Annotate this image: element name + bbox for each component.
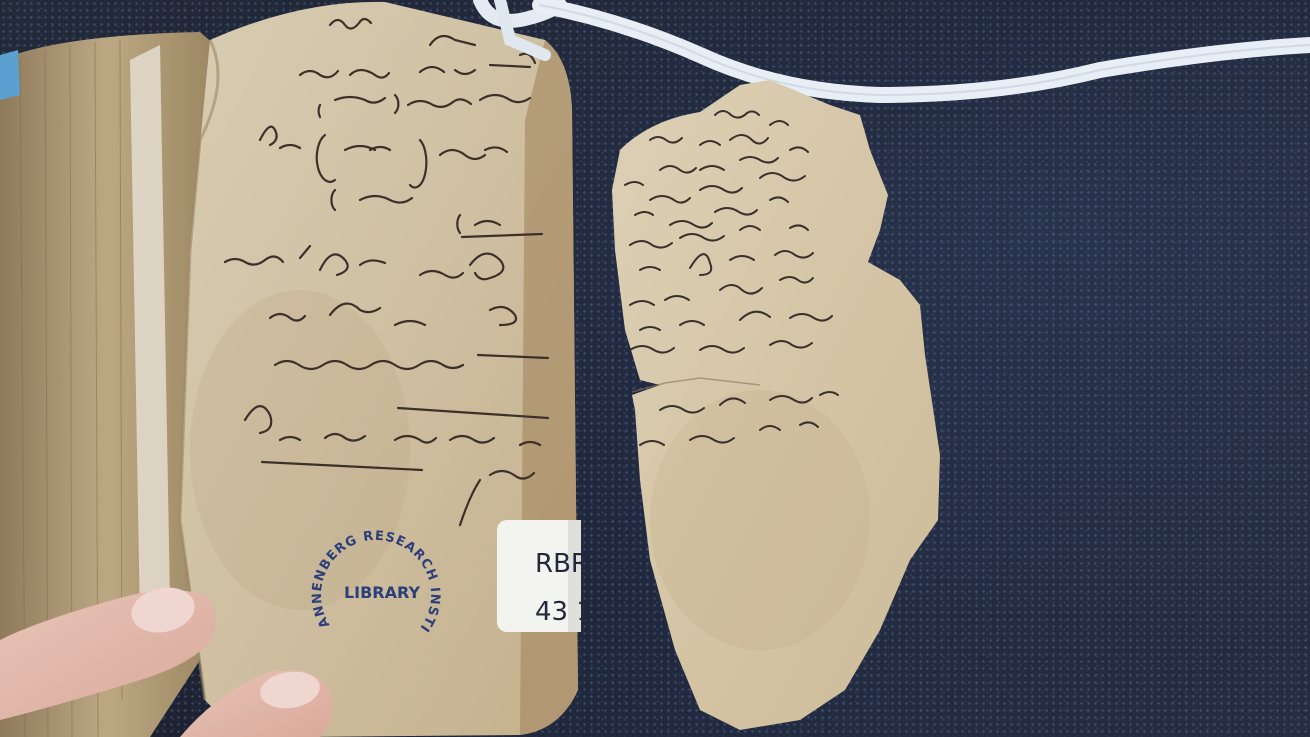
shelf-label-line2: 43 1: [535, 597, 593, 627]
white-cord: [480, 0, 1310, 95]
shelf-label: RBR 43 1: [497, 520, 593, 632]
manuscript-fragment: [612, 80, 940, 730]
shelf-label-line1: RBR: [535, 549, 589, 579]
stamp-center-text: LIBRARY: [344, 583, 420, 602]
scene-illustration: ANNENBERG RESEARCH INSTITUTE LIBRARY RBR…: [0, 0, 1310, 737]
photo-scene: ANNENBERG RESEARCH INSTITUTE LIBRARY RBR…: [0, 0, 1310, 737]
